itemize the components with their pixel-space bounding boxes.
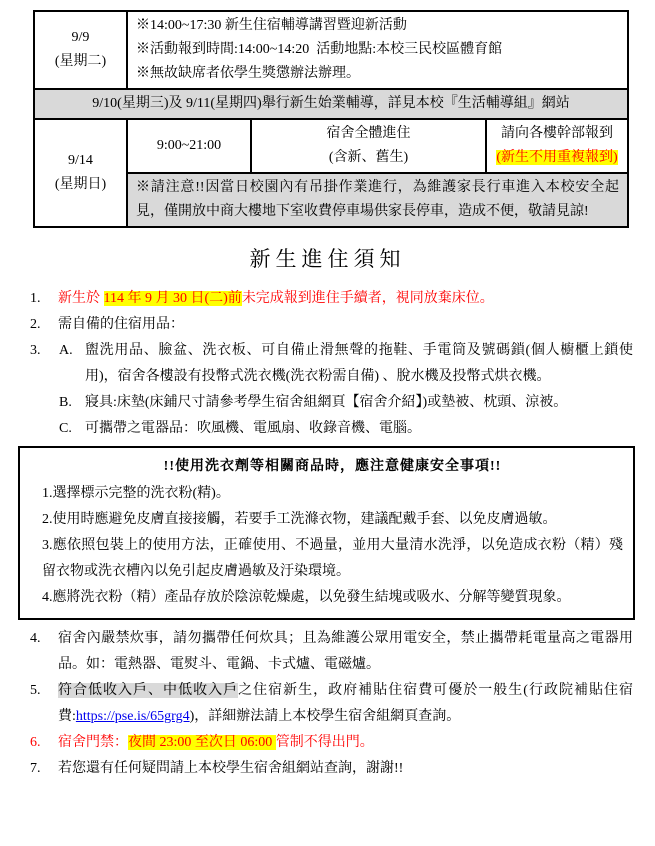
event-line-2: ※活動報到時間:14:00~14:20 活動地點:本校三民校區體育館	[136, 38, 619, 62]
weekday-label: (星期二)	[43, 50, 118, 74]
safety-box-title: !!使用洗衣劑等相關商品時，應注意健康安全事項!!	[42, 453, 623, 481]
events-cell-9-9: ※14:00~17:30 新生住宿輔導講習暨迎新活動 ※活動報到時間:14:00…	[127, 11, 628, 89]
item-number: 7.	[30, 756, 41, 782]
move-in-line-1: 宿舍全體進住	[260, 122, 477, 146]
row-9-14: 9/14 (星期日) 9:00~21:00 宿舍全體進住 (含新、舊生) 請向各…	[34, 119, 628, 173]
curfew-text-pre: 宿舍門禁：	[58, 735, 128, 750]
time-cell: 9:00~21:00	[127, 119, 251, 173]
date-cell-9-14: 9/14 (星期日)	[34, 119, 127, 227]
item-number: 4.	[30, 626, 41, 652]
safety-item-2: 2.使用時應避免皮膚直接接觸，若要手工洗滌衣物，建議配戴手套、以免皮膚過敏。	[42, 507, 623, 533]
subsidy-link[interactable]: https://pse.is/65grg4	[76, 709, 190, 724]
date-label: 9/14	[43, 149, 118, 173]
row-9-9: 9/9 (星期二) ※14:00~17:30 新生住宿輔導講習暨迎新活動 ※活動…	[34, 11, 628, 89]
crane-work-notice-cell: ※請注意!!因當日校園內有吊掛作業進行，為維護家長行車進入本校安全起見，僅開放中…	[127, 173, 628, 227]
curfew-highlight: 夜間 23:00 至次日 06:00	[128, 735, 276, 750]
item-text: 宿舍內嚴禁炊事，請勿攜帶任何炊具；且為維護公眾用電安全，禁止攜帶耗電量高之電器用…	[58, 631, 633, 672]
event-line-1: ※14:00~17:30 新生住宿輔導講習暨迎新活動	[136, 14, 619, 38]
laundry-safety-box: !!使用洗衣劑等相關商品時，應注意健康安全事項!! 1.選擇標示完整的洗衣粉(精…	[18, 446, 635, 620]
note-item-3a: A.盥洗用品、臉盆、洗衣板、可自備止滑無聲的拖鞋、手電筒及號碼鎖(個人櫥櫃上鎖使…	[30, 338, 633, 390]
item-text: 若您還有任何疑問請上本校學生宿舍組網站查詢，謝謝!!	[58, 761, 403, 776]
note-item-7: 7.若您還有任何疑問請上本校學生宿舍組網站查詢，謝謝!!	[30, 756, 633, 782]
item-text: 需自備的住宿用品：	[58, 317, 184, 332]
item-number: 5.	[30, 678, 41, 704]
report-cell: 請向各樓幹部報到 (新生不用重複報到)	[486, 119, 628, 173]
notes-list: 1.新生於 114 年 9 月 30 日(二)前未完成報到進住手續者，視同放棄床…	[0, 274, 655, 782]
page-title: 新生進住須知	[0, 244, 655, 274]
report-line: 請向各樓幹部報到	[490, 122, 624, 146]
item-letter: B.	[59, 390, 72, 416]
move-in-cell: 宿舍全體進住 (含新、舊生)	[251, 119, 486, 173]
safety-item-1: 1.選擇標示完整的洗衣粉(精)。	[42, 481, 623, 507]
deadline-text-post: 未完成報到進住手續者，視同放棄床位。	[242, 291, 494, 306]
item-number: 6.	[30, 730, 41, 756]
date-label: 9/9	[43, 26, 118, 50]
row-9-10: 9/10(星期三)及 9/11(星期四)舉行新生始業輔導，詳見本校『生活輔導組』…	[34, 89, 628, 119]
report-note-highlight: (新生不用重複報到)	[490, 146, 624, 170]
item-letter: A.	[59, 338, 73, 364]
no-repeat-report-note: (新生不用重複報到)	[496, 150, 617, 165]
note-item-5: 5.符合低收入戶、中低收入戶之住宿新生，政府補貼住宿費可優於一般生(行政院補貼住…	[30, 678, 633, 730]
weekday-label: (星期日)	[43, 173, 118, 197]
deadline-text-pre: 新生於	[58, 291, 104, 306]
safety-item-3: 3.應依照包裝上的使用方法，正確使用、不過量，並用大量清水洗淨，以免造成衣粉（精…	[42, 533, 623, 585]
note-item-6: 6.宿舍門禁：夜間 23:00 至次日 06:00 管制不得出門。	[30, 730, 633, 756]
note-item-2: 2.需自備的住宿用品：	[30, 312, 633, 338]
move-in-line-2: (含新、舊生)	[260, 146, 477, 170]
note-item-1: 1.新生於 114 年 9 月 30 日(二)前未完成報到進住手續者，視同放棄床…	[30, 286, 633, 312]
document-page: 9/9 (星期二) ※14:00~17:30 新生住宿輔導講習暨迎新活動 ※活動…	[0, 0, 655, 846]
item-text: 寢具:床墊(床鋪尺寸請參考學生宿舍組網頁【宿舍介紹】)或墊被、枕頭、涼被。	[85, 395, 567, 410]
orientation-notice-cell: 9/10(星期三)及 9/11(星期四)舉行新生始業輔導，詳見本校『生活輔導組』…	[34, 89, 628, 119]
safety-item-4: 4.應將洗衣粉（精）產品存放於陰涼乾燥處，以免發生結塊或吸水、分解等變質現象。	[42, 585, 623, 611]
date-cell-9-9: 9/9 (星期二)	[34, 11, 127, 89]
low-income-highlight: 符合低收入戶、中低收入戶	[58, 683, 238, 698]
note-item-3b: B.寢具:床墊(床鋪尺寸請參考學生宿舍組網頁【宿舍介紹】)或墊被、枕頭、涼被。	[30, 390, 633, 416]
item-text-post: )，詳細辦法請上本校學生宿舍組網頁查詢。	[190, 709, 461, 724]
item-letter: C.	[59, 416, 72, 442]
event-line-3: ※無故缺席者依學生獎懲辦法辦理。	[136, 62, 619, 86]
note-item-4: 4.宿舍內嚴禁炊事，請勿攜帶任何炊具；且為維護公眾用電安全，禁止攜帶耗電量高之電…	[30, 626, 633, 678]
schedule-table: 9/9 (星期二) ※14:00~17:30 新生住宿輔導講習暨迎新活動 ※活動…	[33, 10, 629, 228]
curfew-text-post: 管制不得出門。	[276, 735, 374, 750]
item-text: 可攜帶之電器品：吹風機、電風扇、收錄音機、電腦。	[85, 421, 421, 436]
item-number: 2.	[30, 312, 41, 338]
deadline-highlight: 114 年 9 月 30 日(二)前	[104, 291, 242, 306]
item-text: 盥洗用品、臉盆、洗衣板、可自備止滑無聲的拖鞋、手電筒及號碼鎖(個人櫥櫃上鎖使用)…	[85, 343, 633, 384]
note-item-3c: C.可攜帶之電器品：吹風機、電風扇、收錄音機、電腦。	[30, 416, 633, 442]
item-number: 1.	[30, 286, 41, 312]
